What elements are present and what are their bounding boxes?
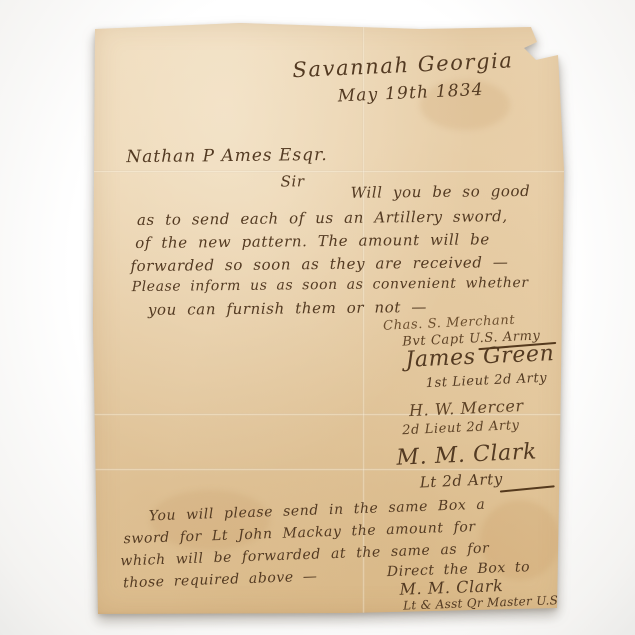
postscript-block: You will please send in the same Box a s… <box>80 12 579 624</box>
postscript-line: those required above — <box>123 569 318 592</box>
letter-paper: Savannah Georgia May 19th 1834 Nathan P … <box>90 20 568 616</box>
postscript-signature-place: Savannah Geo <box>448 607 543 624</box>
handwriting-layer: Savannah Georgia May 19th 1834 Nathan P … <box>87 18 571 619</box>
paper-shadow-wrap: Savannah Georgia May 19th 1834 Nathan P … <box>90 20 568 616</box>
letter-photograph: Savannah Georgia May 19th 1834 Nathan P … <box>0 0 635 635</box>
